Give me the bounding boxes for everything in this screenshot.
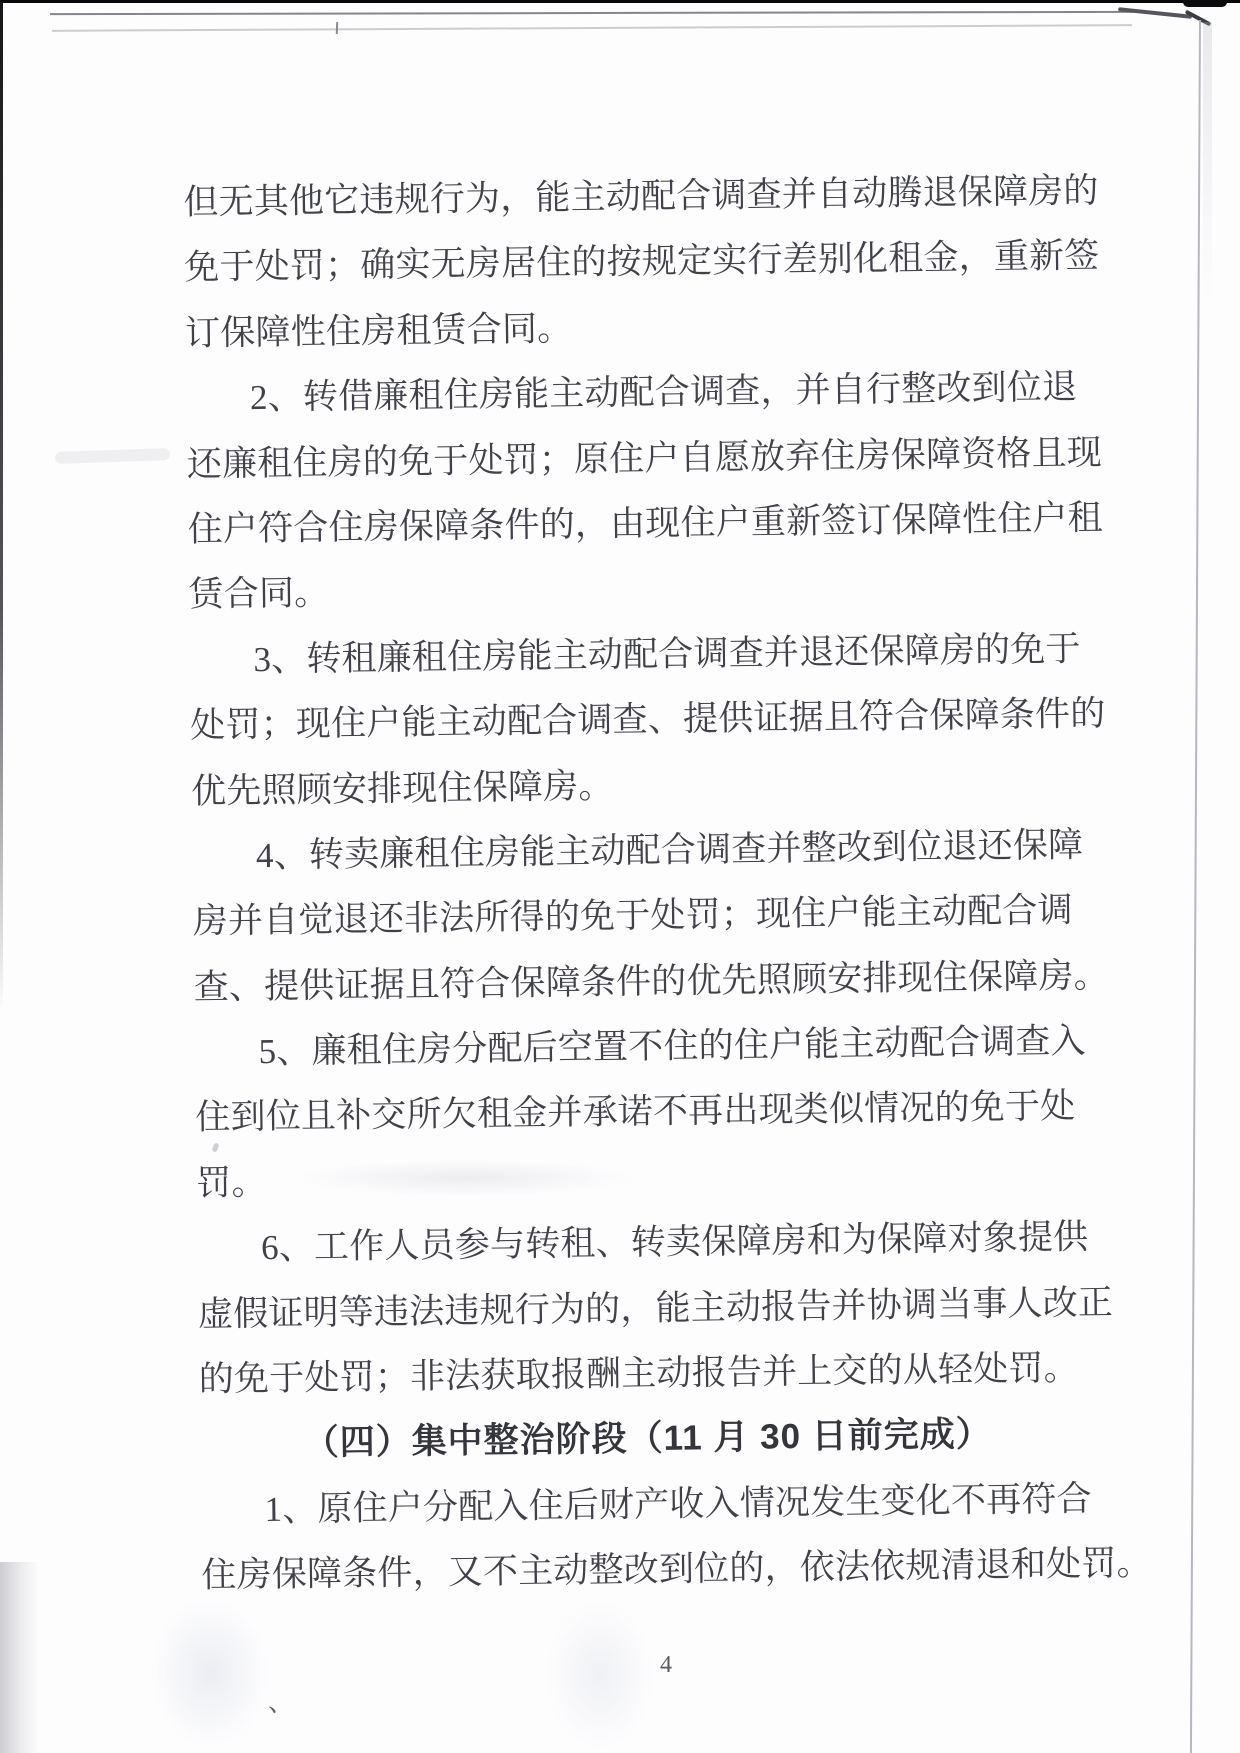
text-line: 住户符合住房保障条件的，由现住户重新签订保障性住户租 xyxy=(187,484,1148,562)
text-line: 处罚；现住户能主动配合调查、提供证据且符合保障条件的 xyxy=(190,681,1151,759)
scan-artifact-smudge xyxy=(55,448,170,464)
text-line: 虚假证明等违法违规行为的，能主动报告并协调当事人改正 xyxy=(198,1269,1159,1347)
document-body-text: 但无其他它违规行为，能主动配合调查并自动腾退保障房的 免于处罚；确实无房居住的按… xyxy=(183,157,1162,1608)
text-line: 优先照顾安排现住保障房。 xyxy=(191,746,1152,824)
text-line: 赁合同。 xyxy=(188,550,1149,628)
text-line: 还廉租住房的免于处罚；原住户自愿放弃住房保障资格且现 xyxy=(186,419,1147,497)
text-line: 房并自觉退还非法所得的免于处罚；现住户能主动配合调 xyxy=(192,877,1153,955)
scan-artifact-top-line xyxy=(50,11,1148,15)
text-line: 5、廉租住房分配后空置不住的住户能主动配合调查入 xyxy=(194,1007,1155,1085)
scan-artifact-page-curl xyxy=(1118,7,1192,19)
text-line: 6、工作人员参与转租、转卖保障房和为保障对象提供 xyxy=(197,1204,1158,1282)
text-line: 但无其他它违规行为，能主动配合调查并自动腾退保障房的 xyxy=(183,157,1144,235)
scan-artifact-top-bar xyxy=(0,0,1240,3)
text-line: 2、转借廉租住房能主动配合调查，并自行整改到位退 xyxy=(186,354,1147,432)
stray-mark: 、 xyxy=(268,1682,294,1719)
text-line: 1、原住户分配入住后财产收入情况发生变化不再符合 xyxy=(200,1465,1161,1543)
scan-artifact-left-page-edge xyxy=(0,2,3,1012)
scan-artifact-top-line-faint xyxy=(52,24,1132,32)
section-heading: （四）集中整治阶段（11 月 30 日前完成） xyxy=(199,1400,1160,1478)
text-line: 订保障性住房租赁合同。 xyxy=(185,288,1146,366)
scan-artifact-right-page-edge xyxy=(1190,20,1201,1753)
text-line: 4、转卖廉租住房能主动配合调查并整改到位退还保障 xyxy=(192,811,1153,889)
text-line: 3、转租廉租住房能主动配合调查并退还保障房的免于 xyxy=(189,615,1150,693)
scan-artifact-right-edge-shadow xyxy=(1203,22,1212,302)
page-number: 4 xyxy=(660,1652,672,1679)
scan-artifact-tick xyxy=(336,22,338,34)
text-line: 住房保障条件，又不主动整改到位的，依法依规清退和处罚。 xyxy=(201,1531,1162,1609)
scan-artifact-smudge xyxy=(545,1600,655,1750)
text-line: 住到位且补交所欠租金并承诺不再出现类似情况的免于处 xyxy=(195,1073,1156,1151)
text-line: 免于处罚；确实无房居住的按规定实行差别化租金，重新签 xyxy=(184,223,1145,301)
document-page: 但无其他它违规行为，能主动配合调查并自动腾退保障房的 免于处罚；确实无房居住的按… xyxy=(0,0,1240,1753)
text-line: 查、提供证据且符合保障条件的优先照顾安排现住保障房。 xyxy=(193,942,1154,1020)
text-line: 罚。 xyxy=(196,1138,1157,1216)
scan-artifact-bottom-left-shadow xyxy=(0,1562,40,1753)
scan-artifact-smudge xyxy=(150,1598,270,1748)
text-line: 的免于处罚；非法获取报酬主动报告并上交的从轻处罚。 xyxy=(198,1334,1159,1412)
scan-artifact-top-corner xyxy=(1183,0,1227,7)
